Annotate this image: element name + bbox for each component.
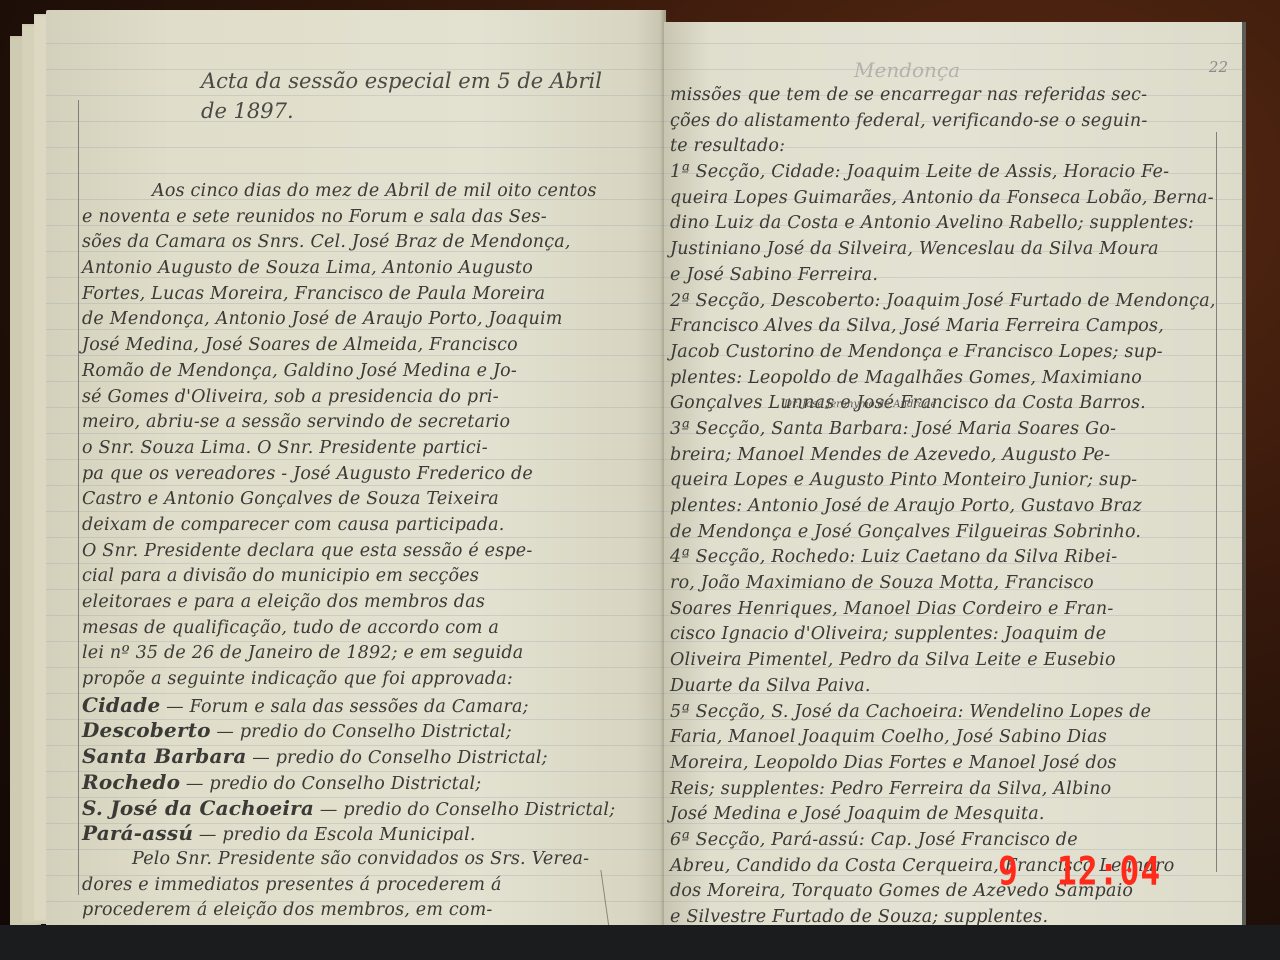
text-line: te resultado:	[670, 134, 1216, 160]
indication-item: Descoberto — predio do Conselho District…	[82, 718, 615, 744]
text-line: Soares Henriques, Manoel Dias Cordeiro e…	[670, 597, 1216, 623]
indication-item: Rochedo — predio do Conselho Districtal;	[82, 770, 615, 796]
margin-rule	[78, 100, 79, 895]
text-line: procederem á eleição dos membros, em com…	[82, 898, 615, 924]
text-line: Francisco Alves da Silva, José Maria Fer…	[670, 314, 1216, 340]
margin-rule	[1216, 132, 1217, 872]
text-line: queira Lopes e Augusto Pinto Monteiro Ju…	[670, 468, 1216, 494]
section-heading-line: 1ª Secção, Cidade: Joaquim Leite de Assi…	[670, 160, 1216, 186]
text-line: plentes: Antonio José de Araujo Porto, G…	[670, 494, 1216, 520]
section-heading-line: 3ª Secção, Santa Barbara: José Maria Soa…	[670, 417, 1216, 443]
minutes-title: Acta da sessão especial em 5 de Abril de…	[201, 66, 602, 126]
text-line: pa que os vereadores - José Augusto Fred…	[82, 462, 615, 488]
text-line: o Snr. Souza Lima. O Snr. Presidente par…	[82, 436, 615, 462]
text-line: Moreira, Leopoldo Dias Fortes e Manoel J…	[670, 751, 1216, 777]
text-line: O Snr. Presidente declara que esta sessã…	[82, 539, 615, 565]
text-line: e José Sabino Ferreira.	[670, 263, 1216, 289]
text-line: Duarte da Silva Paiva.	[670, 674, 1216, 700]
text-line: Romão de Mendonça, Galdino José Medina e…	[82, 359, 615, 385]
text-line: de Mendonça, Antonio José de Araujo Port…	[82, 307, 615, 333]
text-line: queira Lopes Guimarães, Antonio da Fonse…	[670, 186, 1216, 212]
minutes-body: Aos cinco dias do mez de Abril de mil oi…	[82, 179, 615, 930]
timestamp-day: 9	[998, 847, 1019, 894]
text-line: José Medina, José Soares de Almeida, Fra…	[82, 333, 615, 359]
text-line: eleitoraes e para a eleição dos membros …	[82, 590, 615, 616]
interlinear-note: Dr. José Jeronymo de Andrade	[784, 399, 936, 410]
text-line: Jacob Custorino de Mendonça e Francisco …	[670, 340, 1216, 366]
text-line: José Medina e José Joaquim de Mesquita.	[670, 802, 1216, 828]
left-page: Acta da sessão especial em 5 de Abril de…	[46, 10, 666, 930]
text-line: Castro e Antonio Gonçalves de Souza Teix…	[82, 487, 615, 513]
text-line: plentes: Leopoldo de Magalhães Gomes, Ma…	[670, 366, 1216, 392]
text-line: Pelo Snr. Presidente são convidados os S…	[82, 847, 615, 873]
text-line: deixam de comparecer com causa participa…	[82, 513, 615, 539]
text-line: lei nº 35 de 26 de Janeiro de 1892; e em…	[82, 641, 615, 667]
timestamp-time: 12:04	[1057, 847, 1161, 894]
text-line: missões que tem de se encarregar nas ref…	[670, 83, 1216, 109]
text-line: dores e immediatos presentes á procedere…	[82, 873, 615, 899]
text-line: e Silvestre Furtado de Souza; supplentes…	[670, 905, 1216, 925]
text-line: mesas de qualificação, tudo de accordo c…	[82, 616, 615, 642]
text-line: ro, João Maximiano de Souza Motta, Franc…	[670, 571, 1216, 597]
book-cover-edge	[0, 925, 1280, 960]
results-body: missões que tem de se encarregar nas ref…	[670, 83, 1216, 925]
indication-item: Cidade — Forum e sala das sessões da Cam…	[82, 693, 615, 719]
text-line: propõe a seguinte indicação que foi appr…	[82, 667, 615, 693]
text-line: Faria, Manoel Joaquim Coelho, José Sabin…	[670, 725, 1216, 751]
text-line: Gonçalves Lunnas e José Francisco da Cos…	[670, 391, 1216, 417]
section-heading-line: 2ª Secção, Descoberto: Joaquim José Furt…	[670, 289, 1216, 315]
text-line: de Mendonça e José Gonçalves Filgueiras …	[670, 520, 1216, 546]
title-line: Acta da sessão especial em 5 de Abril	[201, 66, 602, 96]
indication-item: Santa Barbara — predio do Conselho Distr…	[82, 744, 615, 770]
text-line: Aos cinco dias do mez de Abril de mil oi…	[82, 179, 615, 205]
text-line: Justiniano José da Silveira, Wenceslau d…	[670, 237, 1216, 263]
title-line: de 1897.	[201, 96, 602, 126]
running-head: Mendonça	[854, 58, 960, 82]
text-line: sé Gomes d'Oliveira, sob a presidencia d…	[82, 385, 615, 411]
text-line: Oliveira Pimentel, Pedro da Silva Leite …	[670, 648, 1216, 674]
right-page: Mendonça 22 missões que tem de se encarr…	[664, 22, 1246, 925]
ledger-book: Acta da sessão especial em 5 de Abril de…	[0, 0, 1280, 960]
text-line: Fortes, Lucas Moreira, Francisco de Paul…	[82, 282, 615, 308]
text-line: breira; Manoel Mendes de Azevedo, August…	[670, 443, 1216, 469]
text-line: dino Luiz da Costa e Antonio Avelino Rab…	[670, 211, 1216, 237]
text-line: cial para a divisão do municipio em secç…	[82, 564, 615, 590]
text-line: cisco Ignacio d'Oliveira; supplentes: Jo…	[670, 622, 1216, 648]
text-line: ções do alistamento federal, verificando…	[670, 109, 1216, 135]
text-line: Reis; supplentes: Pedro Ferreira da Silv…	[670, 777, 1216, 803]
text-line: meiro, abriu-se a sessão servindo de sec…	[82, 410, 615, 436]
text-line: Antonio Augusto de Souza Lima, Antonio A…	[82, 256, 615, 282]
section-heading-line: 5ª Secção, S. José da Cachoeira: Wendeli…	[670, 700, 1216, 726]
text-line: sões da Camara os Snrs. Cel. José Braz d…	[82, 230, 615, 256]
indication-item: Pará-assú — predio da Escola Municipal.	[82, 821, 615, 847]
section-heading-line: 4ª Secção, Rochedo: Luiz Caetano da Silv…	[670, 545, 1216, 571]
camera-timestamp: 912:04	[998, 847, 1161, 894]
page-number: 22	[1209, 58, 1228, 76]
text-line: e noventa e sete reunidos no Forum e sal…	[82, 205, 615, 231]
indication-item: S. José da Cachoeira — predio do Conselh…	[82, 796, 615, 822]
